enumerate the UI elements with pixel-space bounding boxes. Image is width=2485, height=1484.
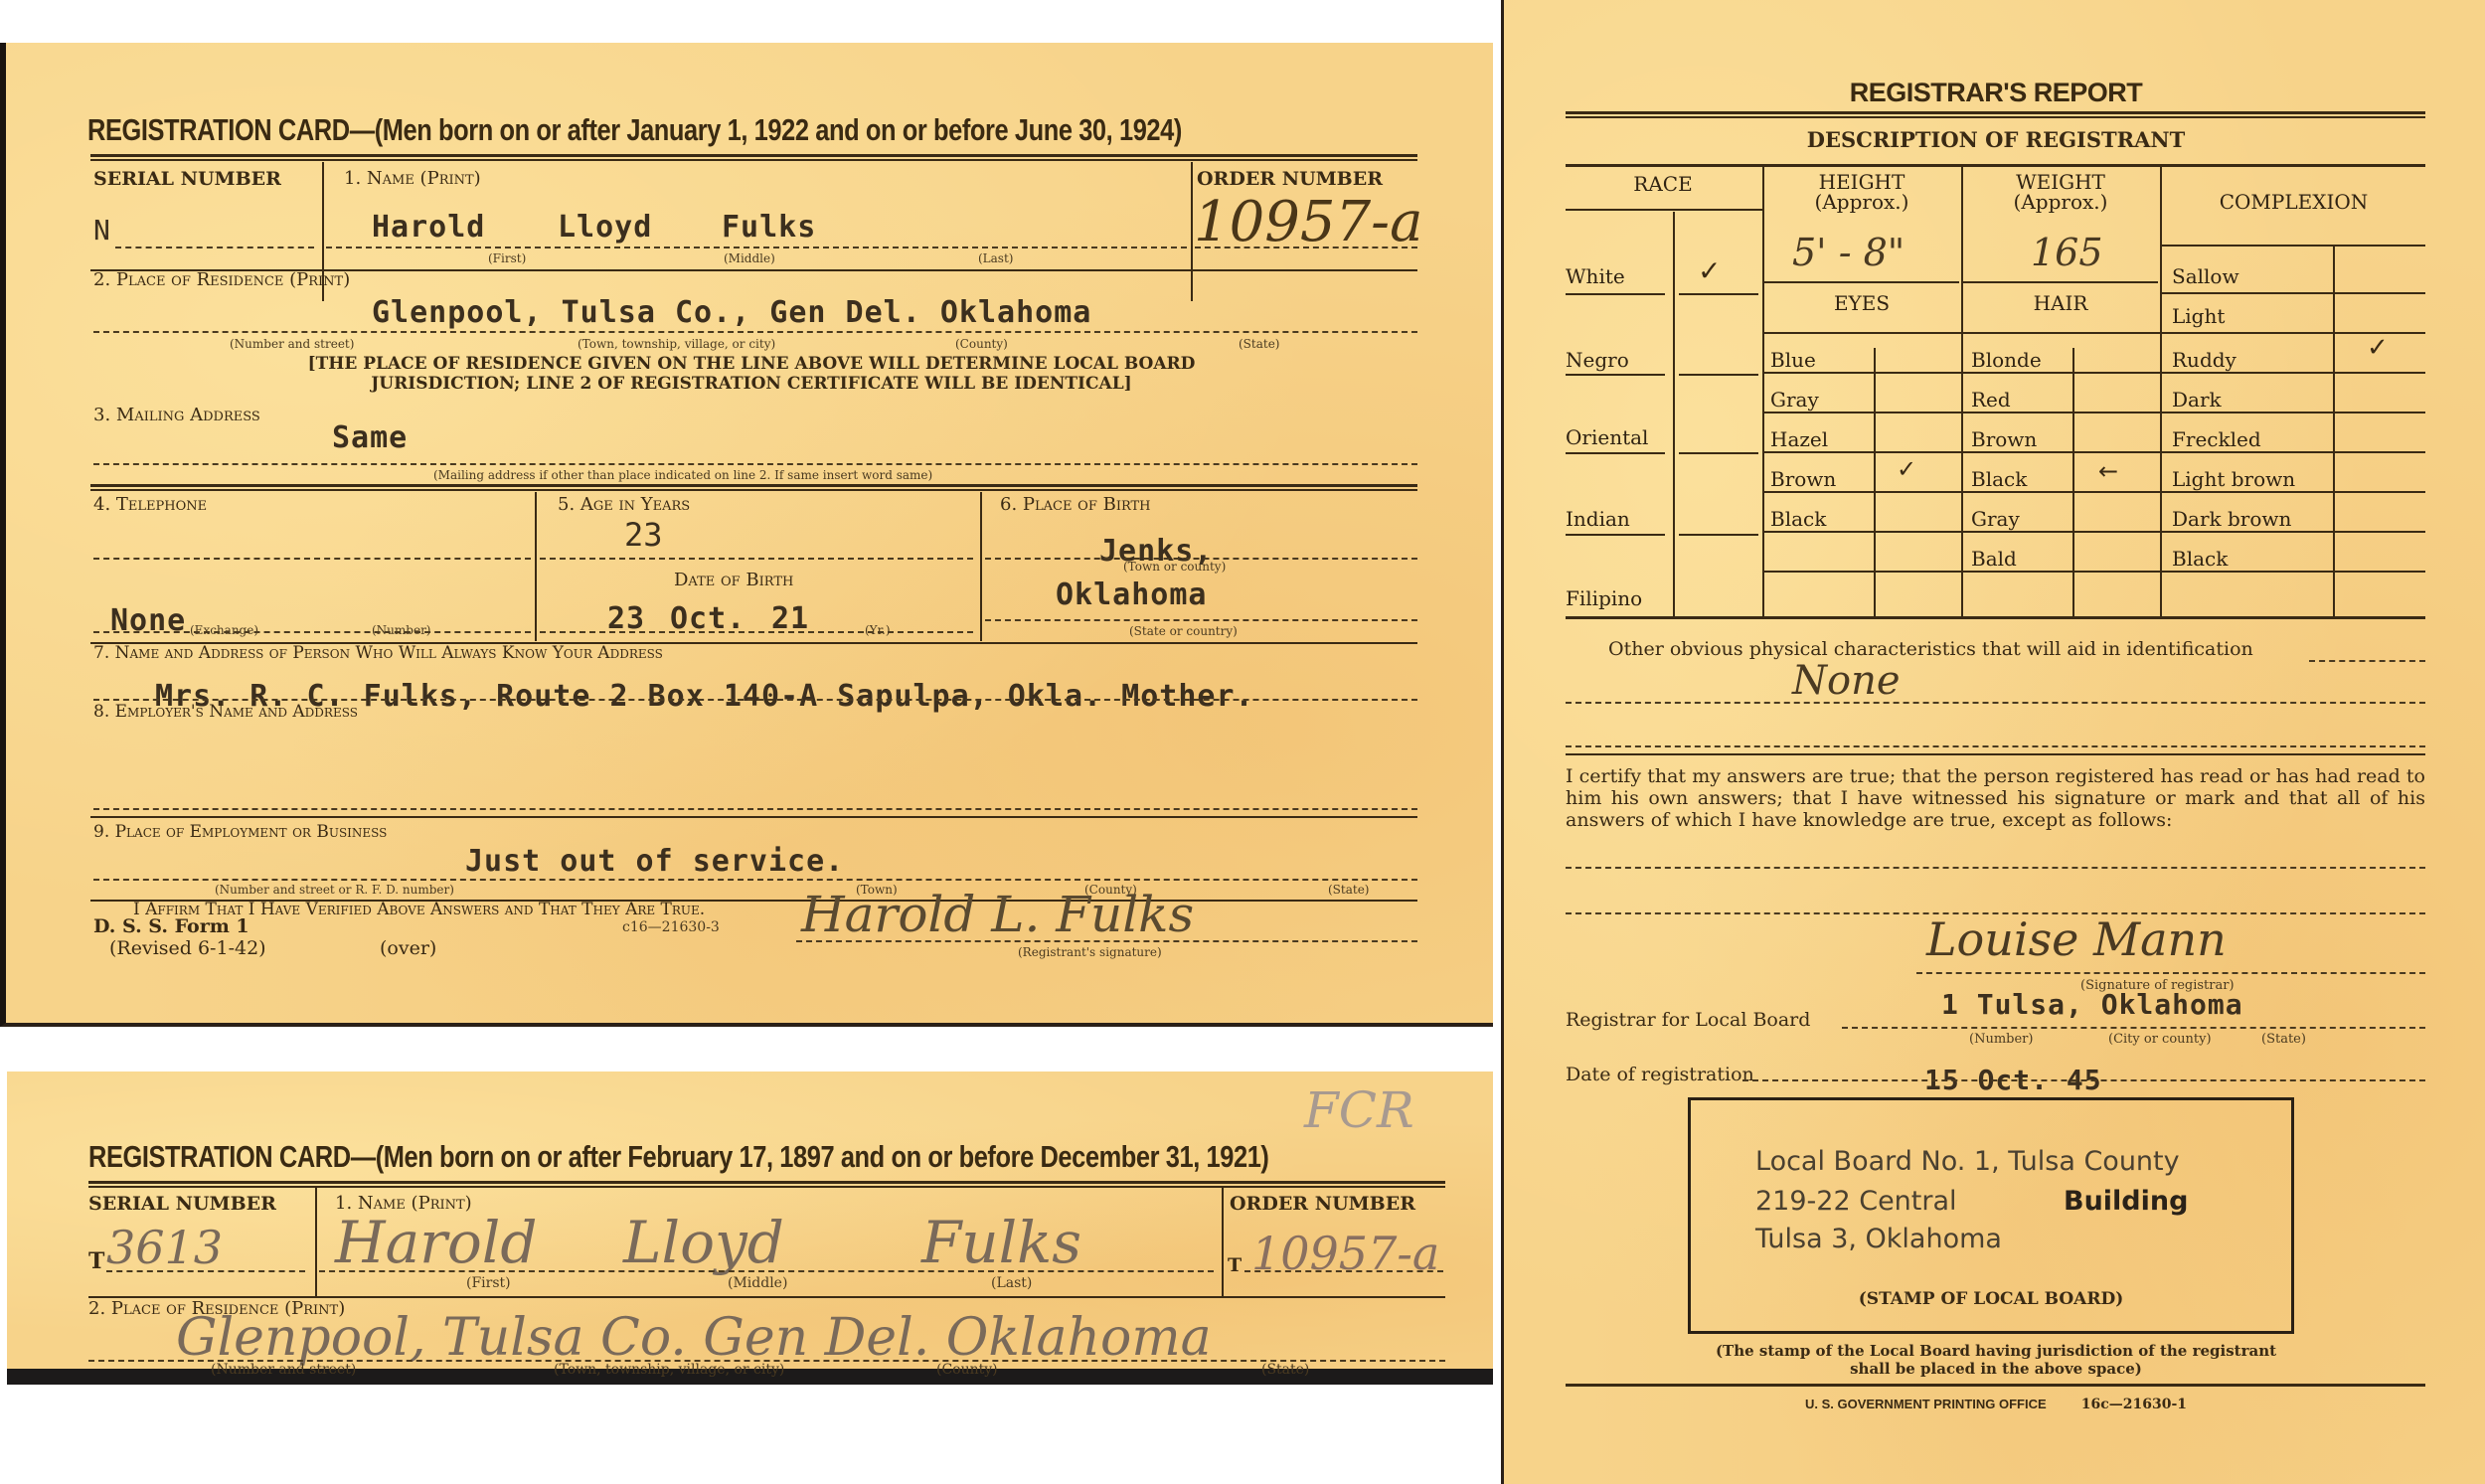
age-line xyxy=(540,558,973,560)
col-divider xyxy=(1961,164,1963,616)
divider xyxy=(535,492,537,641)
printer-label: U. S. GOVERNMENT PRINTING OFFICE xyxy=(1805,1397,2047,1411)
stamp-note-2: shall be placed in the above space) xyxy=(1504,1360,2485,1378)
rule xyxy=(1764,372,2425,374)
rule xyxy=(2162,332,2425,334)
telephone-line-2 xyxy=(93,631,531,633)
table-bottom-rule xyxy=(1566,616,2425,619)
line xyxy=(1566,745,2425,747)
line xyxy=(1566,867,2425,869)
print-code: c16—21630-3 xyxy=(622,919,720,935)
stamp-line-3: Tulsa 3, Oklahoma xyxy=(1755,1224,2002,1254)
rule xyxy=(1566,1384,2425,1387)
title-rule xyxy=(90,154,1417,161)
stamp-line-2-right: Building xyxy=(2064,1186,2188,1217)
residence-line xyxy=(93,331,1417,333)
birthplace-state[interactable]: Oklahoma xyxy=(1056,577,1208,612)
form-revised: (Revised 6-1-42) xyxy=(109,937,266,959)
name-last[interactable]: Fulks xyxy=(921,1209,1081,1276)
complexion-option[interactable]: Black xyxy=(2172,547,2228,571)
race-header: RACE xyxy=(1566,173,1760,195)
col-divider xyxy=(1762,164,1764,616)
rule xyxy=(1679,452,1758,454)
caption: (County) xyxy=(936,1362,998,1378)
order-number-value[interactable]: 10957-a xyxy=(1194,190,1422,254)
order-prefix: T xyxy=(1228,1254,1242,1276)
employment-value[interactable]: Just out of service. xyxy=(465,844,844,879)
rule xyxy=(2162,245,2425,247)
rule xyxy=(1566,534,1665,536)
local-board-value[interactable]: 1 Tulsa, Oklahoma xyxy=(1941,988,2243,1021)
rule xyxy=(1764,571,2425,573)
name-line xyxy=(326,247,1187,248)
line xyxy=(2309,660,2425,662)
caption: (Number) xyxy=(1969,1032,2033,1047)
local-board-label: Registrar for Local Board xyxy=(1566,1009,1810,1031)
caption: (County) xyxy=(955,337,1008,351)
height-subheader: (Approx.) xyxy=(1764,191,1959,213)
serial-number-label: SERIAL NUMBER xyxy=(88,1193,276,1215)
rule xyxy=(1963,281,2158,283)
complexion-option[interactable]: Dark brown xyxy=(2172,507,2291,531)
registration-card-old: REGISTRATION CARD—(Men born on or after … xyxy=(7,1072,1493,1385)
divider xyxy=(1222,1187,1224,1296)
hair-option[interactable]: Gray xyxy=(1971,507,2020,531)
stamp-box: Local Board No. 1, Tulsa County 219-22 C… xyxy=(1688,1097,2294,1334)
registration-card-front: REGISTRATION CARD—(Men born on or after … xyxy=(0,43,1493,1027)
divider xyxy=(1191,162,1193,301)
card-title: REGISTRATION CARD—(Men born on or after … xyxy=(88,1139,1269,1175)
hair-option[interactable]: Brown xyxy=(1971,427,2037,451)
employment-line xyxy=(93,879,1417,881)
telephone-line xyxy=(93,558,531,560)
caption-first: (First) xyxy=(466,1275,511,1291)
eyes-option[interactable]: Brown xyxy=(1770,467,1836,491)
over-label: (over) xyxy=(380,937,436,959)
caption: (City or county) xyxy=(2108,1032,2212,1047)
signature-line xyxy=(1916,972,2425,974)
report-subtitle: DESCRIPTION OF REGISTRANT xyxy=(1504,127,2485,152)
rule xyxy=(1566,209,1762,211)
registrar-signature: Louise Mann xyxy=(1926,912,2227,966)
caption: (Exchange) xyxy=(190,623,258,637)
rule xyxy=(1566,164,2425,167)
employer-label: 8. Employer's Name and Address xyxy=(93,702,358,722)
caption: (State) xyxy=(2261,1032,2306,1047)
birthplace-label: 6. Place of Birth xyxy=(1000,494,1151,515)
residence-label: 2. Place of Residence (Print) xyxy=(93,269,350,290)
residence-value[interactable]: Glenpool, Tulsa Co., Gen Del. Oklahoma xyxy=(372,295,1091,330)
dob-label: Date of Birth xyxy=(674,570,793,590)
residence-notice-2: JURISDICTION; LINE 2 OF REGISTRATION CER… xyxy=(155,373,1348,395)
certification-text: I certify that my answers are true; that… xyxy=(1566,765,2425,831)
contact-label: 7. Name and Address of Person Who Will A… xyxy=(93,643,663,663)
check-icon[interactable]: ✓ xyxy=(2367,333,2389,363)
eyes-header: EYES xyxy=(1764,292,1959,314)
age-label: 5. Age in Years xyxy=(558,494,690,515)
name-middle[interactable]: Lloyd xyxy=(623,1209,784,1276)
col-divider xyxy=(2333,247,2335,616)
col-divider xyxy=(1673,212,1675,616)
col-divider xyxy=(2160,164,2162,616)
title-rule xyxy=(88,1181,1445,1188)
residence-notice-1: [THE PLACE OF RESIDENCE GIVEN ON THE LIN… xyxy=(155,353,1348,375)
rule xyxy=(90,484,1417,491)
rule xyxy=(1566,293,1665,295)
rule xyxy=(1764,412,2425,413)
serial-number-label: SERIAL NUMBER xyxy=(93,168,281,190)
mailing-label: 3. Mailing Address xyxy=(93,405,260,425)
caption: (State) xyxy=(1239,337,1279,351)
rule xyxy=(1566,374,1665,376)
date-line xyxy=(1742,1079,2425,1081)
printer-line: U. S. GOVERNMENT PRINTING OFFICE 16c—216… xyxy=(1504,1394,2485,1412)
caption: (State) xyxy=(1328,883,1369,897)
line xyxy=(1566,702,2425,704)
mailing-value[interactable]: Same xyxy=(332,420,408,455)
divider xyxy=(315,1187,317,1296)
rule xyxy=(1764,531,2425,533)
complexion-option[interactable]: Freckled xyxy=(2172,427,2261,451)
card-title: REGISTRATION CARD—(Men born on or after … xyxy=(87,112,1182,148)
weight-subheader: (Approx.) xyxy=(1963,191,2158,213)
name-line xyxy=(319,1270,1214,1272)
eyes-option[interactable]: Hazel xyxy=(1770,427,1828,451)
serial-prefix: N xyxy=(93,214,110,247)
eyes-option[interactable]: Blue xyxy=(1770,348,1816,372)
mailing-line xyxy=(93,463,1417,465)
rule xyxy=(90,816,1417,818)
caption: (Town, township, village, or city) xyxy=(554,1362,784,1378)
order-line xyxy=(1195,247,1417,248)
order-number-label: ORDER NUMBER xyxy=(1230,1193,1415,1215)
hair-option[interactable]: Blonde xyxy=(1971,348,2042,372)
caption-last: (Last) xyxy=(991,1275,1032,1291)
printer-code: 16c—21630-1 xyxy=(2081,1397,2187,1412)
caption: (Number and street or R. F. D. number) xyxy=(215,883,454,897)
caption: (State) xyxy=(1261,1362,1309,1378)
arrow-left-icon[interactable]: ← xyxy=(2098,457,2118,485)
race-label: Negro xyxy=(1566,348,1629,372)
caption: (Number and street) xyxy=(211,1362,356,1378)
order-line xyxy=(1244,1270,1443,1272)
rule xyxy=(1679,293,1758,295)
signature-caption: (Registrant's signature) xyxy=(1018,945,1162,959)
mailing-caption: (Mailing address if other than place ind… xyxy=(433,468,932,482)
form-id: D. S. S. Form 1 xyxy=(93,915,249,937)
name-label: 1. Name (Print) xyxy=(344,168,481,189)
other-characteristics-value[interactable]: None xyxy=(1792,658,1901,704)
height-value[interactable]: 5' - 8" xyxy=(1792,231,1905,274)
caption: (Yr.) xyxy=(865,623,891,637)
stamp-note-1: (The stamp of the Local Board having jur… xyxy=(1504,1342,2485,1360)
eyes-option[interactable]: Gray xyxy=(1770,388,1819,412)
serial-line xyxy=(106,1270,305,1272)
name-last[interactable]: Fulks xyxy=(722,210,816,245)
serial-value[interactable]: 3613 xyxy=(106,1221,223,1274)
serial-line xyxy=(115,247,314,248)
stamp-caption: (STAMP OF LOCAL BOARD) xyxy=(1691,1289,2291,1309)
name-first[interactable]: Harold xyxy=(335,1209,537,1276)
registrant-signature: Harold L. Fulks xyxy=(801,886,1194,943)
title-rule xyxy=(1566,111,2425,118)
race-label: Filipino xyxy=(1566,586,1642,610)
birthplace-state-line xyxy=(985,619,1417,621)
other-characteristics-label: Other obvious physical characteristics t… xyxy=(1608,638,2253,660)
telephone-label: 4. Telephone xyxy=(93,494,207,515)
eyes-option[interactable]: Black xyxy=(1770,507,1826,531)
rule xyxy=(1679,374,1758,376)
caption-middle: (Middle) xyxy=(728,1275,787,1291)
complexion-header: COMPLEXION xyxy=(2162,191,2425,213)
order-number-label: ORDER NUMBER xyxy=(1197,168,1383,190)
rule xyxy=(1764,332,2160,334)
rule xyxy=(1566,753,2425,755)
caption: (State or country) xyxy=(1129,624,1238,638)
local-board-line xyxy=(1842,1027,2425,1029)
race-label: White xyxy=(1566,264,1625,288)
employment-label: 9. Place of Employment or Business xyxy=(93,822,387,842)
registrars-report-card: REGISTRAR'S REPORT DESCRIPTION OF REGIST… xyxy=(1501,0,2485,1484)
age-value[interactable]: 23 xyxy=(624,516,663,554)
caption: (Number and street) xyxy=(230,337,354,351)
complexion-option[interactable]: Sallow xyxy=(2172,264,2239,288)
complexion-option[interactable]: Light brown xyxy=(2172,467,2295,491)
name-middle[interactable]: Lloyd xyxy=(558,210,652,245)
caption-first: (First) xyxy=(488,251,526,265)
date-label: Date of registration xyxy=(1566,1064,1754,1085)
check-icon[interactable]: ✓ xyxy=(1897,455,1916,483)
caption-middle: (Middle) xyxy=(724,251,775,265)
dob-line xyxy=(540,631,973,633)
name-first[interactable]: Harold xyxy=(372,210,485,245)
stamp-line-2-left: 219-22 Central xyxy=(1755,1186,1957,1217)
rule xyxy=(1764,491,2425,493)
rule xyxy=(1566,452,1665,454)
contact-line xyxy=(93,699,1417,701)
residence-value[interactable]: Glenpool, Tulsa Co. Gen Del. Oklahoma xyxy=(176,1308,1212,1368)
signature-line xyxy=(796,940,1417,942)
caption: (Town or county) xyxy=(1123,560,1226,574)
col-divider xyxy=(2072,348,2074,616)
hair-header: HAIR xyxy=(1963,292,2158,314)
hair-option[interactable]: Bald xyxy=(1971,547,2017,571)
caption: (Number) xyxy=(372,623,431,637)
margin-note: FCR xyxy=(1304,1081,1414,1139)
caption-last: (Last) xyxy=(978,251,1013,265)
serial-prefix: T xyxy=(88,1248,104,1274)
race-label: Oriental xyxy=(1566,425,1648,449)
stamp-line-1: Local Board No. 1, Tulsa County xyxy=(1755,1146,2180,1177)
rule xyxy=(1764,451,2425,453)
complexion-option[interactable]: Ruddy xyxy=(2172,348,2236,372)
report-title: REGISTRAR'S REPORT xyxy=(1504,78,2485,108)
col-divider xyxy=(1874,348,1876,616)
hair-option[interactable]: Red xyxy=(1971,388,2011,412)
complexion-option[interactable]: Light xyxy=(2172,304,2225,328)
complexion-option[interactable]: Dark xyxy=(2172,388,2222,412)
divider xyxy=(980,492,982,641)
weight-value[interactable]: 165 xyxy=(2031,231,2103,274)
rule xyxy=(1679,534,1758,536)
hair-option[interactable]: Black xyxy=(1971,467,2027,491)
race-label: Indian xyxy=(1566,507,1630,531)
employer-line xyxy=(93,808,1417,810)
rule xyxy=(2162,292,2425,294)
caption: (Town, township, village, or city) xyxy=(578,337,775,351)
rule xyxy=(1764,281,1959,283)
check-icon[interactable]: ✓ xyxy=(1698,254,1721,287)
